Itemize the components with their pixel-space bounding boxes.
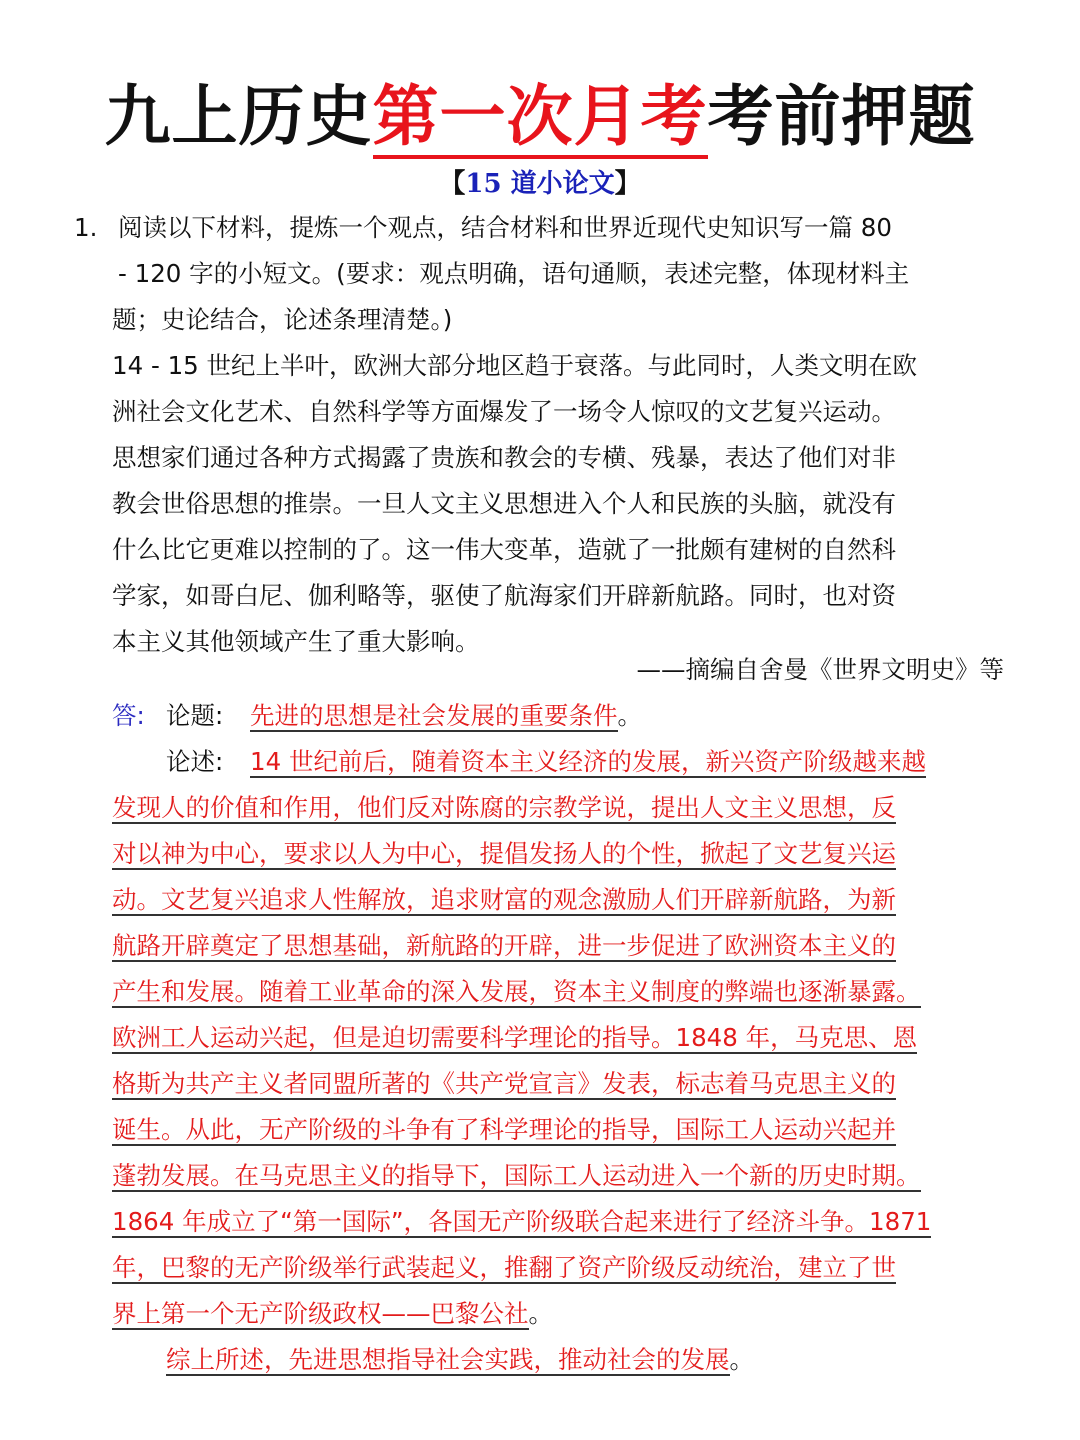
material-source: ——摘编自舍曼《世界文明史》等 bbox=[0, 647, 1004, 693]
argument-line: 年，巴黎的无产阶级举行武装起义，推翻了资产阶级反动统治，建立了世 bbox=[112, 1253, 896, 1284]
bracket-open: 【 bbox=[439, 169, 465, 199]
title-part-exam: 第一次月考 bbox=[373, 77, 708, 159]
argument-line: 对以神为中心，要求以人为中心，提倡发扬人的个性，掀起了文艺复兴运 bbox=[112, 839, 896, 870]
material-line: 什么比它更难以控制的了。这一伟大变革，造就了一批颇有建树的自然科 bbox=[112, 527, 896, 573]
conclusion-end: 。 bbox=[730, 1345, 755, 1374]
material-line: 洲社会文化艺术、自然科学等方面爆发了一场令人惊叹的文艺复兴运动。 bbox=[112, 389, 896, 435]
thesis-end: 。 bbox=[618, 701, 643, 730]
material-line: 思想家们通过各种方式揭露了贵族和教会的专横、残暴，表达了他们对非 bbox=[112, 435, 896, 481]
material-line: 学家，如哥白尼、伽利略等，驱使了航海家们开辟新航路。同时，也对资 bbox=[112, 573, 896, 619]
title-part-grade-subject: 九上历史 bbox=[105, 77, 373, 155]
conclusion-text: 综上所述，先进思想指导社会实践，推动社会的发展 bbox=[166, 1345, 730, 1376]
argument-line: 产生和发展。随着工业革命的深入发展，资本主义制度的弊端也逐渐暴露。 bbox=[112, 977, 921, 1008]
argument-end: 。 bbox=[529, 1299, 554, 1328]
argument-line: 发现人的价值和作用，他们反对陈腐的宗教学说，提出人文主义思想，反 bbox=[112, 793, 896, 824]
thesis-label: 论题: bbox=[166, 693, 223, 739]
argument-line: 诞生。从此，无产阶级的斗争有了科学理论的指导，国际工人运动兴起并 bbox=[112, 1115, 896, 1146]
argument-line: 蓬勃发展。在马克思主义的指导下，国际工人运动进入一个新的历史时期。 bbox=[112, 1161, 921, 1192]
thesis-text: 先进的思想是社会发展的重要条件 bbox=[250, 701, 618, 732]
material-line: 教会世俗思想的推崇。一旦人文主义思想进入个人和民族的头脑，就没有 bbox=[112, 481, 896, 527]
argument-line: 航路开辟奠定了思想基础，新航路的开辟，进一步促进了欧洲资本主义的 bbox=[112, 931, 896, 962]
subtitle: 【15 道小论文】 bbox=[0, 162, 1080, 206]
argument-line: 1864 年成立了“第一国际”，各国无产阶级联合起来进行了经济斗争。1871 bbox=[112, 1207, 931, 1238]
argument-line: 14 世纪前后，随着资本主义经济的发展，新兴资产阶级越来越 bbox=[250, 747, 926, 778]
prompt-line: 题；史论结合，论述条理清楚。) bbox=[112, 297, 452, 343]
bracket-close: 】 bbox=[615, 169, 641, 199]
argument-label: 论述: bbox=[166, 739, 223, 785]
material-line: 14 - 15 世纪上半叶，欧洲大部分地区趋于衰落。与此同时，人类文明在欧 bbox=[112, 343, 917, 389]
page-title: 九上历史第一次月考考前押题 bbox=[0, 72, 1080, 160]
subtitle-text: 15 道小论文 bbox=[465, 169, 614, 199]
answer-label: 答: bbox=[112, 693, 145, 739]
prompt-line: 阅读以下材料，提炼一个观点，结合材料和世界近现代史知识写一篇 80 bbox=[118, 205, 892, 251]
question-number: 1. bbox=[74, 205, 97, 251]
argument-line: 动。文艺复兴追求人性解放，追求财富的观念激励人们开辟新航路，为新 bbox=[112, 885, 896, 916]
title-part-prediction: 考前押题 bbox=[708, 77, 976, 155]
argument-line: 格斯为共产主义者同盟所著的《共产党宣言》发表，标志着马克思主义的 bbox=[112, 1069, 896, 1100]
prompt-line: - 120 字的小短文。(要求：观点明确，语句通顺，表述完整，体现材料主 bbox=[118, 251, 909, 297]
argument-line: 欧洲工人运动兴起，但是迫切需要科学理论的指导。1848 年，马克思、恩 bbox=[112, 1023, 917, 1054]
argument-line: 界上第一个无产阶级政权——巴黎公社 bbox=[112, 1299, 529, 1330]
